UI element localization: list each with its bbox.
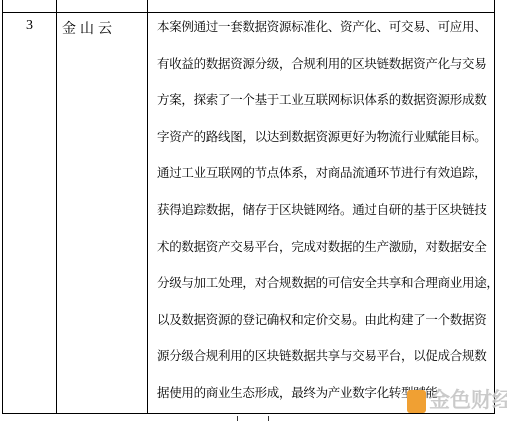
- watermark: 金色财经: [407, 389, 507, 412]
- description-line: 方案，探索了一个基于工业互联网标识体系的数据资源形成数: [157, 82, 490, 119]
- company-name: 金山云: [62, 22, 116, 37]
- description-text: 本案例通过一套数据资源标准化、资产化、可交易、可应用、 有收益的数据资源分级，合…: [157, 13, 490, 412]
- description-line: 术的数据资产交易平台，完成对数据的生产激励，对数据安全: [157, 229, 490, 266]
- description-line: 通过工业互联网的节点体系，对商品流通环节进行有效追踪，: [157, 155, 490, 192]
- row-index-cell: 3: [3, 13, 57, 413]
- description-line: 获得追踪数据，储存于区块链网络。通过自研的基于区块链技: [157, 192, 490, 229]
- description-line: 有收益的数据资源分级，合规利用的区块链数据资产化与交易: [157, 46, 490, 83]
- next-row-border-sliver: [237, 416, 238, 421]
- prev-row-cell-description: [148, 0, 494, 12]
- description-line: 本案例通过一套数据资源标准化、资产化、可交易、可应用、: [157, 13, 490, 46]
- document-table: 3 金山云 本案例通过一套数据资源标准化、资产化、可交易、可应用、 有收益的数据…: [2, 0, 495, 414]
- watermark-text: 金色财经: [429, 389, 507, 412]
- description-line: 分级与加工处理，对合规数据的可信安全共享和合理商业用途，: [157, 265, 490, 302]
- description-line: 源分级合规利用的区块链数据共享与交易平台，以促成合规数: [157, 338, 490, 375]
- description-cell: 本案例通过一套数据资源标准化、资产化、可交易、可应用、 有收益的数据资源分级，合…: [148, 13, 494, 413]
- company-cell: 金山云: [57, 13, 148, 413]
- prev-row-cell-index: [3, 0, 57, 12]
- description-line: 字资产的路线图，以达到数据资源更好为物流行业赋能目标。: [157, 119, 490, 156]
- prev-row-cell-company: [57, 0, 148, 12]
- next-row-border-sliver: [268, 416, 269, 421]
- description-line: 以及数据资源的登记确权和定价交易。由此构建了一个数据资: [157, 302, 490, 339]
- table-row: 3 金山云 本案例通过一套数据资源标准化、资产化、可交易、可应用、 有收益的数据…: [3, 13, 494, 414]
- row-index: 3: [26, 18, 33, 33]
- table-row-previous-sliver: [3, 0, 494, 13]
- golden-finance-logo-icon: [407, 390, 426, 413]
